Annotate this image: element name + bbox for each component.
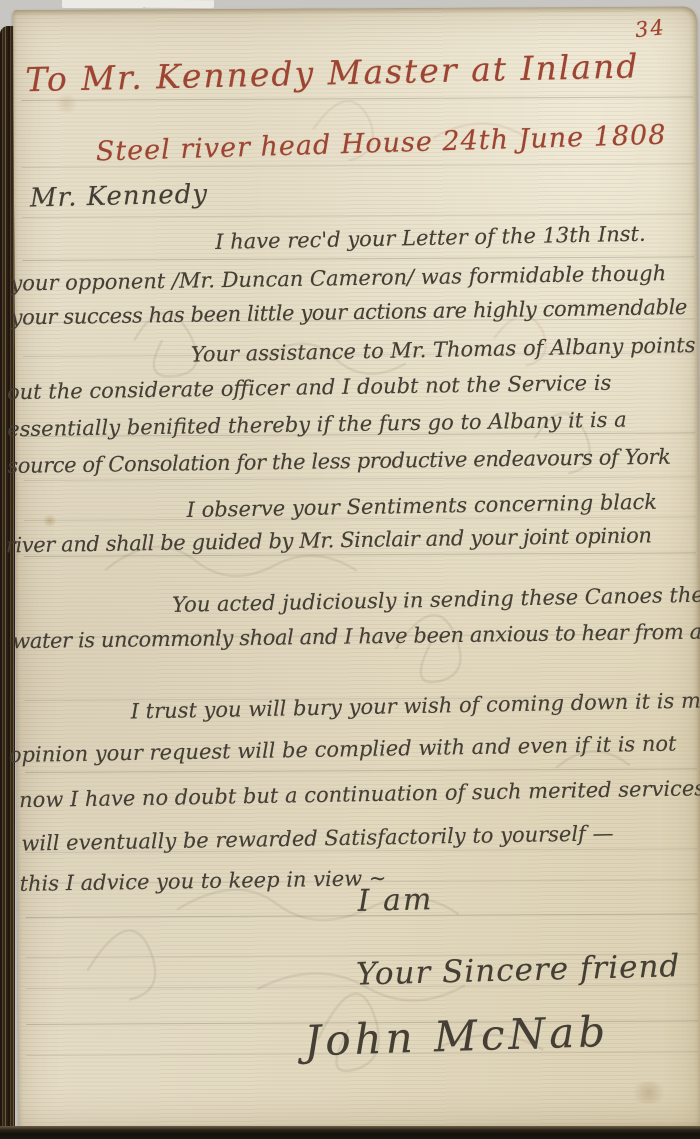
letter-line: I have rec'd your Letter of the 13th Ins… — [215, 224, 646, 253]
book-bottom-edge — [0, 1126, 700, 1139]
page-number: 34 — [634, 17, 667, 41]
letter-line: river and shall be guided by Mr. Sinclai… — [6, 525, 652, 556]
closing-i-am: I am — [357, 885, 433, 917]
letter-line: your opponent /Mr. Duncan Cameron/ was f… — [10, 263, 666, 294]
salutation: Mr. Kennedy — [30, 181, 209, 211]
ruled-line — [25, 768, 697, 773]
letter-page: 34 To Mr. Kennedy Master at Inland Steel… — [13, 6, 700, 1130]
signature: John McNab — [304, 1011, 610, 1063]
ruled-line — [23, 476, 695, 481]
scan-background: 34 To Mr. Kennedy Master at Inland Steel… — [0, 0, 700, 1139]
book-gutter — [0, 26, 15, 1139]
tape-piece-right — [144, 0, 214, 8]
letter-line: source of Consolation for the less produ… — [7, 447, 670, 477]
letter-line: now I have no doubt but a continuation o… — [19, 778, 700, 811]
tape-piece-left — [62, 0, 144, 8]
letter-line: I trust you will bury your wish of comin… — [131, 690, 700, 722]
ruled-line — [21, 96, 693, 101]
date-line: Steel river head House 24th June 1808 — [95, 122, 666, 166]
letter-line: out the considerate officer and I doubt … — [7, 373, 612, 403]
ruled-line — [22, 256, 694, 261]
address-line: To Mr. Kennedy Master at Inland — [25, 49, 640, 96]
letter-line: your success has been little your action… — [10, 297, 687, 329]
letter-line: You acted judiciously in sending these C… — [172, 585, 700, 616]
letter-line: Your assistance to Mr. Thomas of Albany … — [191, 335, 696, 366]
paper-smudge — [629, 1082, 669, 1104]
ruled-line — [22, 213, 694, 218]
letter-line: opinion your request will be complied wi… — [9, 733, 677, 766]
